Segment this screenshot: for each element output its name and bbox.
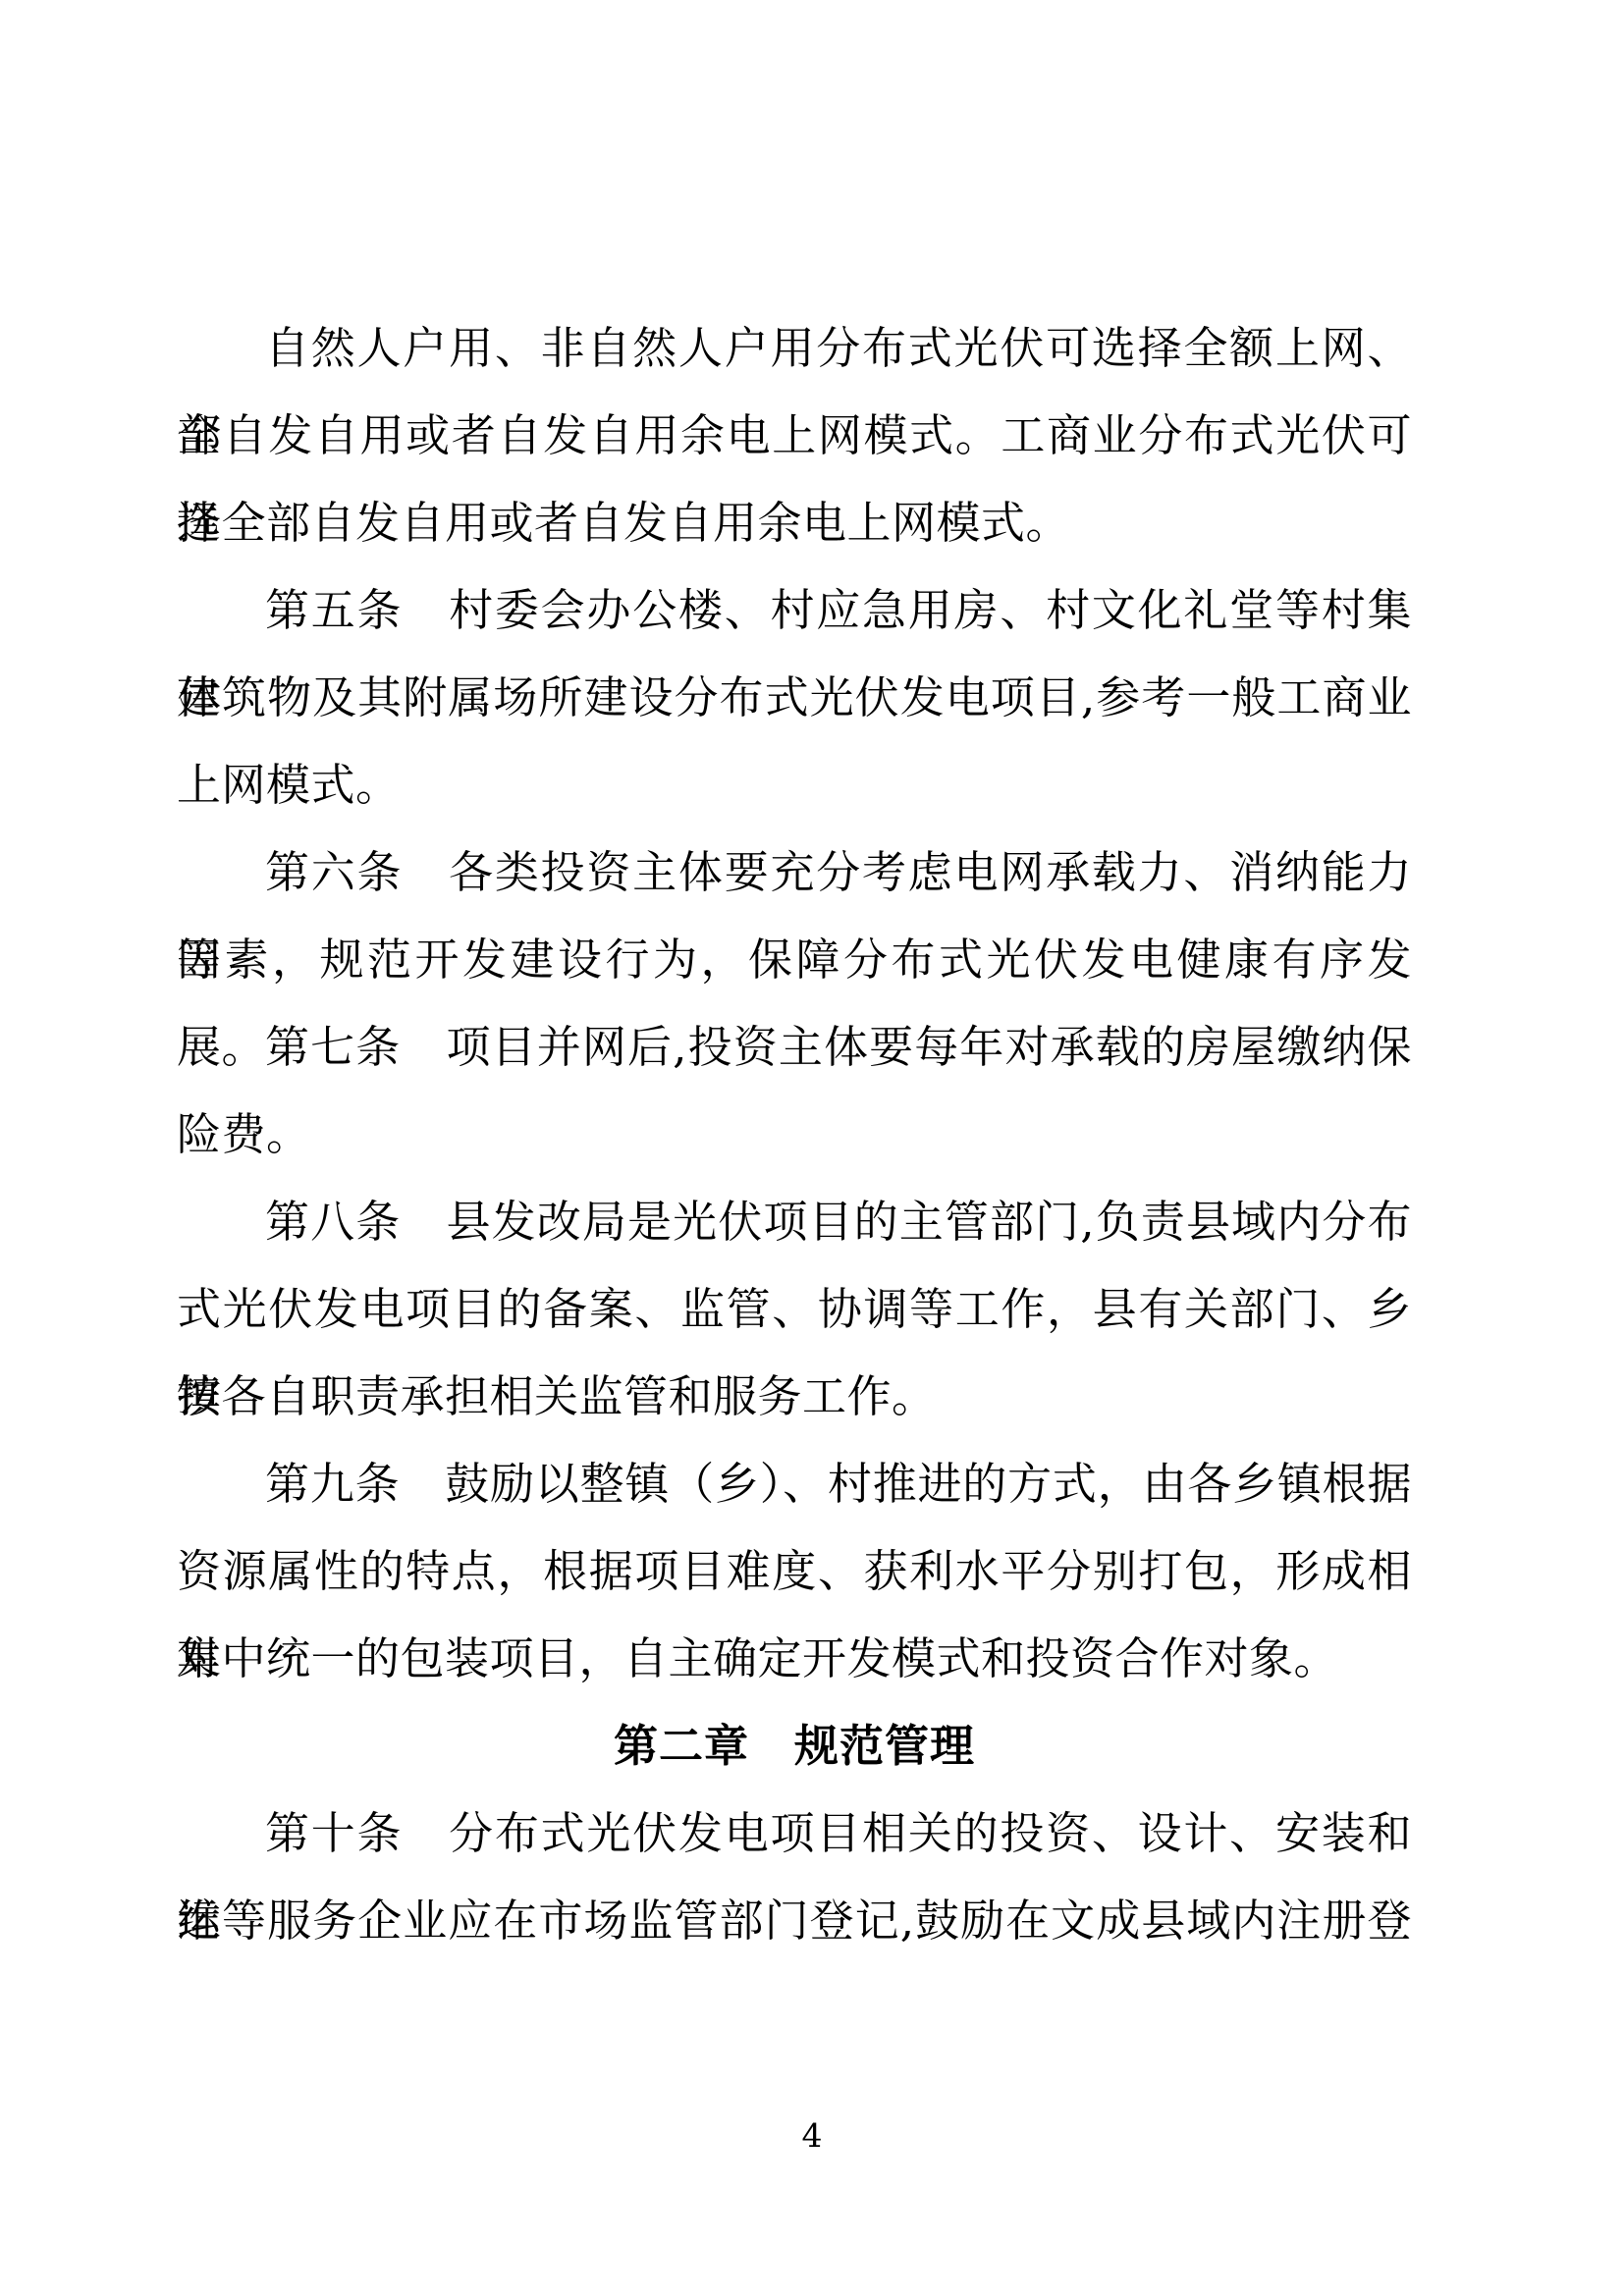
text-line: 部自发自用或者自发自用余电上网模式。工商业分布式光伏可选 xyxy=(177,392,1412,479)
text-line: 式光伏发电项目的备案、监管、协调等工作，县有关部门、乡镇 xyxy=(177,1265,1412,1353)
text-line: 建筑物及其附属场所建设分布式光伏发电项目,参考一般工商业 xyxy=(177,654,1412,741)
document-page: 自然人户用、非自然人户用分布式光伏可选择全额上网、全部自发自用或者自发自用余电上… xyxy=(0,0,1624,2296)
text-line: 第七条 项目并网后,投资主体要每年对承载的房屋缴纳保 xyxy=(177,1003,1412,1091)
page-number: 4 xyxy=(0,2112,1624,2160)
text-line: 第十条 分布式光伏发电项目相关的投资、设计、安装和运 xyxy=(177,1789,1412,1877)
text-line: 择全部自发自用或者自发自用余电上网模式。 xyxy=(177,479,1412,566)
text-line: 第五条 村委会办公楼、村应急用房、村文化礼堂等村集体 xyxy=(177,566,1412,654)
text-line: 因素，规范开发建设行为，保障分布式光伏发电健康有序发展。 xyxy=(177,916,1412,1003)
text-line: 上网模式。 xyxy=(177,741,1412,828)
text-line: 第九条 鼓励以整镇（乡）、村推进的方式，由各乡镇根据 xyxy=(177,1440,1412,1527)
chapter-heading: 第二章 规范管理 xyxy=(177,1702,1412,1789)
text-line: 集中统一的包装项目，自主确定开发模式和投资合作对象。 xyxy=(177,1615,1412,1702)
text-line: 维等服务企业应在市场监管部门登记,鼓励在文成县域内注册登 xyxy=(177,1877,1412,1964)
text-line: 第八条 县发改局是光伏项目的主管部门,负责县域内分布 xyxy=(177,1178,1412,1265)
text-line: 自然人户用、非自然人户用分布式光伏可选择全额上网、全 xyxy=(177,304,1412,392)
text-line: 按各自职责承担相关监管和服务工作。 xyxy=(177,1353,1412,1440)
text-line: 险费。 xyxy=(177,1091,1412,1178)
text-line: 资源属性的特点，根据项目难度、获利水平分别打包，形成相对 xyxy=(177,1527,1412,1615)
text-line: 第六条 各类投资主体要充分考虑电网承载力、消纳能力等 xyxy=(177,828,1412,916)
document-body: 自然人户用、非自然人户用分布式光伏可选择全额上网、全部自发自用或者自发自用余电上… xyxy=(177,304,1412,1964)
